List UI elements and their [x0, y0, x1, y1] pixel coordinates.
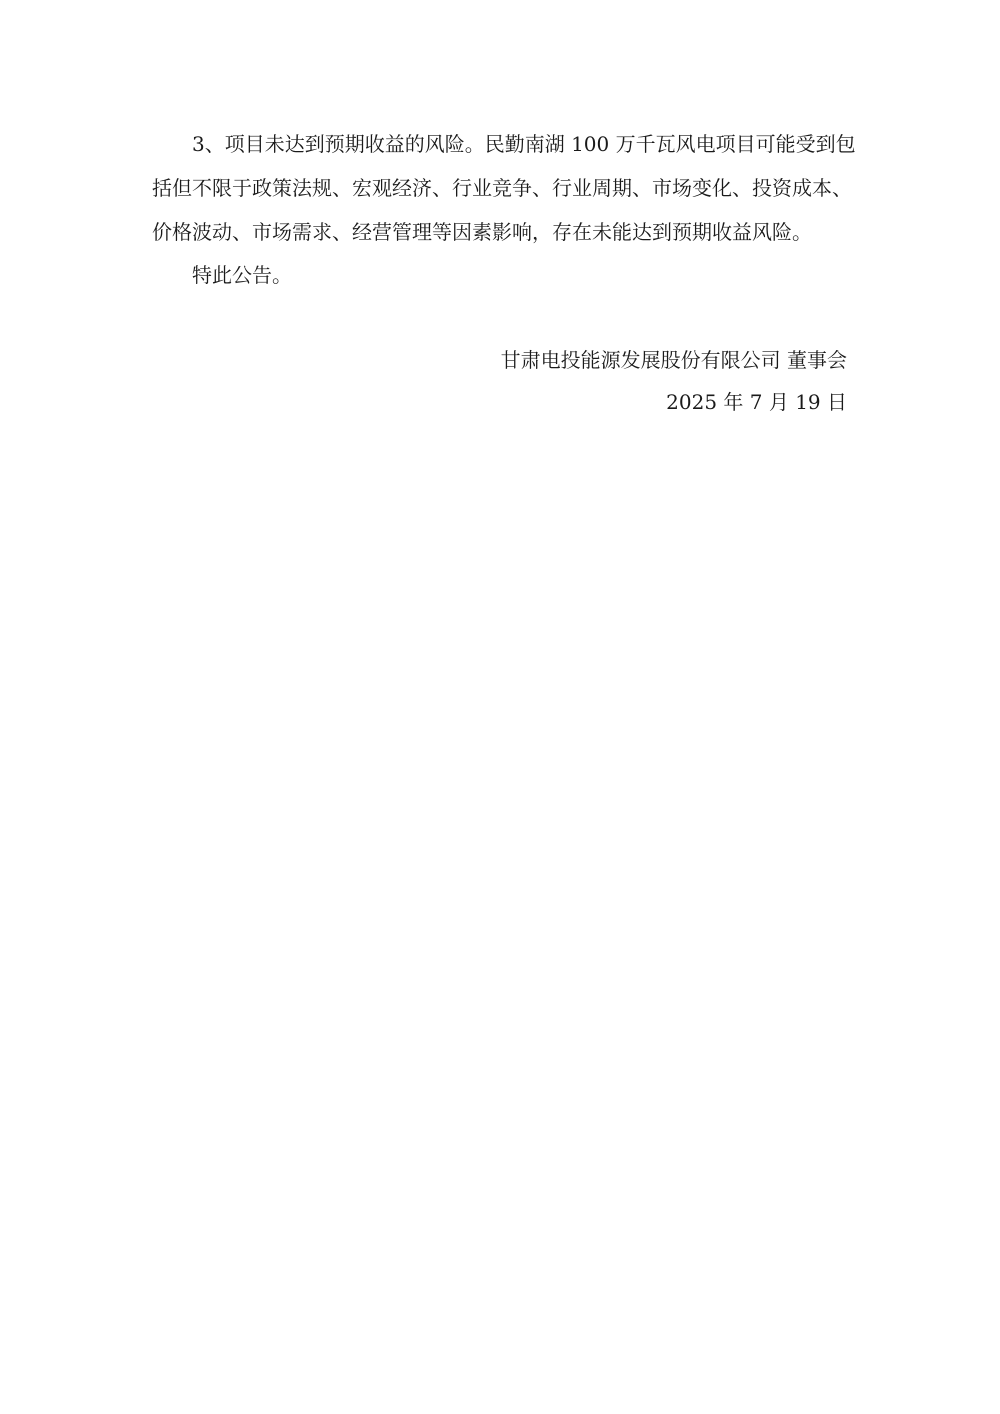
signature-company: 甘肃电投能源发展股份有限公司 董事会 — [501, 344, 847, 373]
paragraph-line: 3、项目未达到预期收益的风险。民勤南湖 100 万千瓦风电项目可能受到包 — [152, 122, 862, 166]
document-page: 3、项目未达到预期收益的风险。民勤南湖 100 万千瓦风电项目可能受到包 括但不… — [0, 0, 1000, 1414]
paragraph-line: 括但不限于政策法规、宏观经济、行业竞争、行业周期、市场变化、投资成本、 — [152, 166, 862, 210]
signature-date: 2025 年 7 月 19 日 — [666, 386, 847, 415]
closing-text: 特此公告。 — [152, 253, 862, 297]
paragraph-line: 价格波动、市场需求、经营管理等因素影响，存在未能达到预期收益风险。 — [152, 210, 862, 254]
closing-statement: 特此公告。 — [152, 253, 862, 297]
risk-paragraph: 3、项目未达到预期收益的风险。民勤南湖 100 万千瓦风电项目可能受到包 括但不… — [152, 122, 862, 254]
